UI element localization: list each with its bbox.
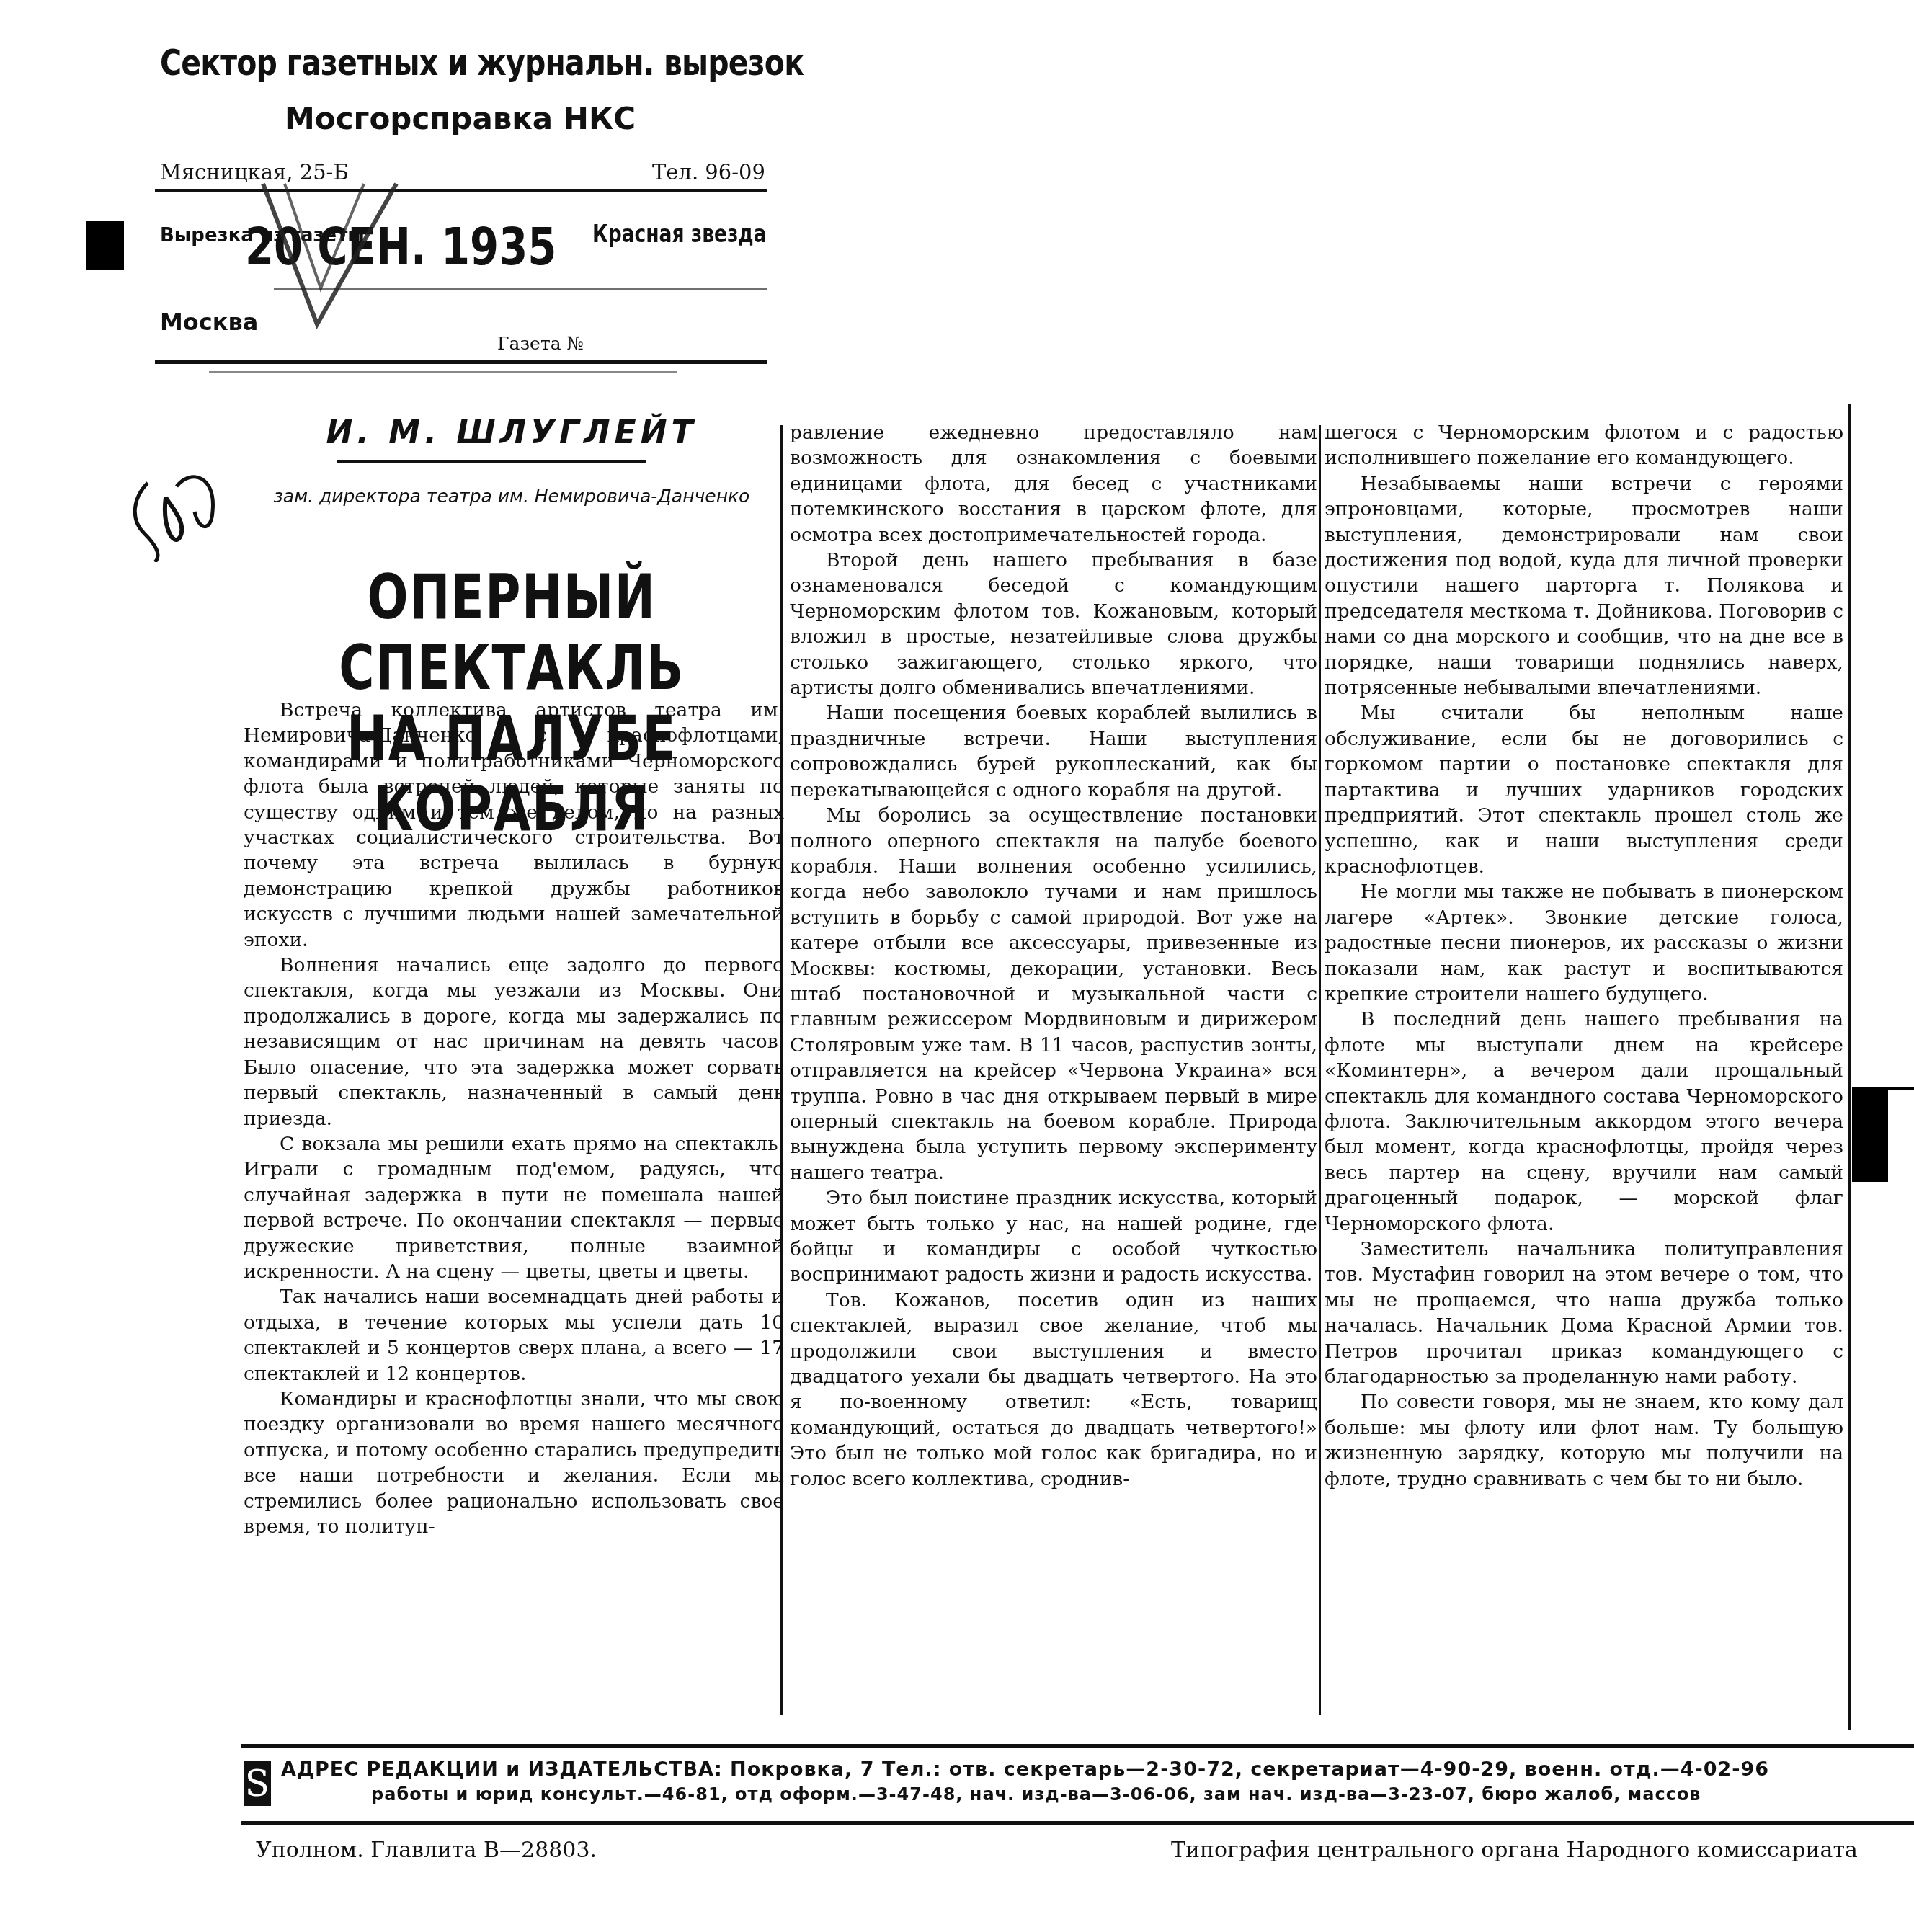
article-paragraph: Встреча коллектива артистов театра им. Н… bbox=[244, 698, 784, 953]
stamp-issue-label: Газета № bbox=[497, 333, 584, 354]
article-paragraph: Не могли мы также не побывать в пионерск… bbox=[1325, 879, 1843, 1007]
footer-rule-bottom bbox=[241, 1821, 1914, 1825]
article-paragraph: равление ежедневно предоставляло нам воз… bbox=[790, 420, 1317, 548]
article-author: И. М. ШЛУГЛЕЙТ bbox=[238, 414, 785, 451]
article-paragraph: Второй день нашего пребывания в базе озн… bbox=[790, 548, 1317, 700]
footer-address-line-2: работы и юрид консульт.—46-81, отд оформ… bbox=[371, 1784, 1701, 1804]
stamp-rule-dotted bbox=[209, 371, 677, 373]
article-paragraph: Командиры и краснофлотцы знали, что мы с… bbox=[244, 1386, 784, 1539]
article-paragraph: Незабываемы наши встречи с героями эпрон… bbox=[1325, 471, 1843, 701]
column-divider-1 bbox=[780, 425, 783, 1715]
article-paragraph: Волнения начались еще задолго до первого… bbox=[244, 953, 784, 1131]
article-paragraph: В последний день нашего пребывания на фл… bbox=[1325, 1007, 1843, 1237]
column-divider-2 bbox=[1319, 425, 1321, 1715]
edge-tab-mark bbox=[1852, 1090, 1888, 1182]
stamp-phone: Тел. 96-09 bbox=[652, 160, 765, 184]
handwritten-note-icon bbox=[126, 454, 227, 562]
article-paragraph: Это был поистине праздник искусства, кот… bbox=[790, 1185, 1317, 1288]
article-column-2: равление ежедневно предоставляло нам воз… bbox=[790, 420, 1317, 1492]
stamp-rule-top bbox=[155, 189, 767, 192]
article-paragraph: Наши посещения боевых кораблей вылились … bbox=[790, 700, 1317, 803]
article-paragraph: Заместитель начальника политуправления т… bbox=[1325, 1237, 1843, 1389]
article-paragraph: шегося с Черноморским флотом и с радость… bbox=[1325, 420, 1843, 471]
article-column-1: Встреча коллектива артистов театра им. Н… bbox=[244, 698, 784, 1539]
article-paragraph: Мы боролись за осуществление постановки … bbox=[790, 803, 1317, 1185]
footer-address-line-1: АДРЕС РЕДАКЦИИ и ИЗДАТЕЛЬСТВА: Покровка,… bbox=[281, 1758, 1769, 1781]
stamp-subtitle: Мосгорсправка НКС bbox=[285, 101, 636, 136]
article-paragraph: По совести говоря, мы не знаем, кто кому… bbox=[1325, 1389, 1843, 1492]
article-author-role: зам. директора театра им. Немировича-Дан… bbox=[259, 481, 764, 512]
stamp-rule-bottom bbox=[155, 360, 767, 364]
headline-line-1: ОПЕРНЫЙ СПЕКТАКЛЬ bbox=[298, 562, 726, 703]
printer-note: Типография центрального органа Народного… bbox=[1171, 1838, 1858, 1863]
edge-mark bbox=[86, 221, 124, 270]
stamp-title: Сектор газетных и журнальн. вырезок bbox=[160, 42, 662, 84]
check-stamp-icon bbox=[249, 180, 400, 331]
edge-tab-line bbox=[1852, 1087, 1914, 1090]
article-paragraph: Мы считали бы неполным наше обслуживание… bbox=[1325, 700, 1843, 879]
publisher-logo: S bbox=[244, 1761, 271, 1806]
article-paragraph: С вокзала мы решили ехать прямо на спект… bbox=[244, 1131, 784, 1284]
column-divider-3 bbox=[1848, 404, 1851, 1730]
footer-rule-top bbox=[241, 1744, 1914, 1748]
stamp-newspaper: Красная звезда bbox=[592, 220, 767, 249]
author-underline bbox=[337, 460, 646, 463]
stamp-city: Москва bbox=[160, 308, 258, 336]
article-column-3: шегося с Черноморским флотом и с радость… bbox=[1325, 420, 1843, 1492]
article-paragraph: Тов. Кожанов, посетив один из наших спек… bbox=[790, 1288, 1317, 1492]
article-paragraph: Так начались наши восемнадцать дней рабо… bbox=[244, 1284, 784, 1386]
censor-number: Уполном. Главлита В—28803. bbox=[256, 1838, 597, 1863]
